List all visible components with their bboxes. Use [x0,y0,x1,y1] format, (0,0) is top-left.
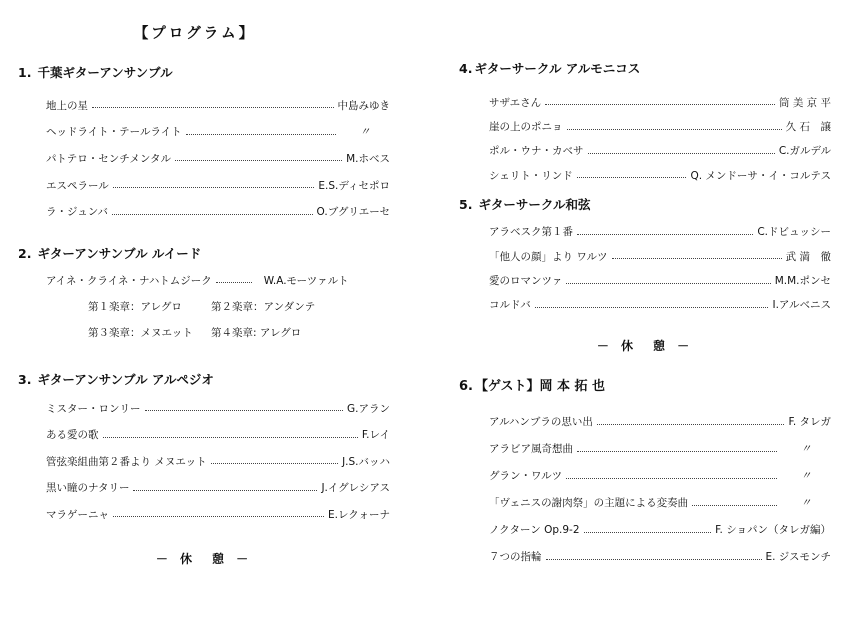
composer: F.レイ [362,427,390,442]
composer: C.ガルデル [779,143,831,158]
section-number: 2. [18,243,31,265]
program-item: エスペラールE.S.ディセポロ [46,172,390,199]
composer: M.M.ポンセ [775,273,831,288]
dot-leader [612,257,782,259]
program-item: マラゲーニャE.レクォーナ [46,501,390,528]
ensemble-name: ギターアンサンブル ルイード [37,246,201,261]
section-number: 5. [459,194,472,216]
piece-title: パトテロ・センチメンタル [46,151,171,166]
program-item: ヘッドライト・テールライト〃 [46,119,390,146]
piece-title: 「ヴェニスの謝肉祭」の主題による変奏曲 [489,495,688,510]
piece-title: アラベスク第１番 [489,224,573,239]
program-item: 地上の星中島みゆき [46,92,390,119]
ensemble-name: ギターサークル和弦 [478,197,590,212]
composer-ditto-mark: 〃 [340,124,390,139]
composer: W.A.モーツァルト [264,273,349,288]
intermission-label: － 休 憩 － [18,550,390,567]
piece-title: シェリト・リンド [489,168,573,183]
dot-leader [113,186,315,188]
dot-leader [566,477,777,479]
piece-title: ミスター・ロンリー [46,401,141,416]
dot-leader [112,213,312,215]
composer: F. ショパン（タレガ編） [715,522,831,537]
program-item: シェリト・リンドQ. メンドーサ・イ・コルテス [489,163,831,187]
composer: I.アルベニス [772,297,831,312]
piece-title: ある愛の歌 [46,427,99,442]
dot-leader [103,436,358,438]
program-section-1: 1.千葉ギターアンサンブル 地上の星中島みゆき ヘッドライト・テールライト〃 パ… [18,62,390,225]
program-item: グラン・ワルツ〃 [489,462,831,489]
program-item: 「ヴェニスの謝肉祭」の主題による変奏曲〃 [489,489,831,516]
dot-leader [566,282,770,284]
piece-title: コルドバ [489,297,531,312]
piece-title: ポル・ウナ・カベサ [489,143,584,158]
program-section-2: 2.ギターアンサンブル ルイード アイネ・クライネ・ナハトムジークW.A.モーツ… [18,243,390,347]
dot-leader [597,423,785,425]
movement: 第２楽章：アンダンテ [211,294,315,321]
ensemble-name: ギターアンサンブル アルペジオ [37,372,213,387]
dot-leader [186,133,336,135]
ensemble-name: 千葉ギターアンサンブル [37,65,172,80]
dot-leader [692,504,777,506]
dot-leader [567,128,782,130]
composer: J.イグレシアス [321,480,390,495]
section-heading: 5.ギターサークル和弦 [459,194,831,216]
section-heading: 3.ギターアンサンブル アルペジオ [18,369,390,391]
section-heading: 6.【ゲスト】岡 本 拓 也 [459,376,831,398]
piece-title: アイネ・クライネ・ナハトムジーク [46,273,212,288]
composer: E. ジスモンチ [766,549,832,564]
piece-title: マラゲーニャ [46,507,109,522]
piece-title: ヘッドライト・テールライト [46,124,182,139]
composer: J.S.バッハ [342,454,390,469]
composer: O.ブグリエーセ [317,204,390,219]
composer: F. タレガ [788,414,831,429]
composer: Q. メンドーサ・イ・コルテス [690,168,831,183]
program-item: ポル・ウナ・カベサC.ガルデル [489,139,831,163]
dot-leader [211,462,338,464]
program-item: アラベスク第１番C.ドビュッシー [489,220,831,244]
program-section-5: 5.ギターサークル和弦 アラベスク第１番C.ドビュッシー 「他人の顔」より ワル… [459,194,831,318]
program-item: アルハンブラの思い出F. タレガ [489,408,831,435]
piece-title: グラン・ワルツ [489,468,562,483]
piece-title: 黒い瞳のナタリー [46,480,129,495]
dot-leader [175,159,342,161]
movement-row: 第１楽章：アレグロ第２楽章：アンダンテ [88,294,390,321]
dot-leader [545,103,775,105]
program-item: 黒い瞳のナタリーJ.イグレシアス [46,475,390,502]
piece-title: 崖の上のポニョ [489,119,563,134]
composer: 久 石 譲 [786,119,831,134]
program-item: アイネ・クライネ・ナハトムジークW.A.モーツァルト [46,267,390,294]
program-section-4: 4.ギターサークル アルモニコス サザエさん筒 美 京 平 崖の上のポニョ久 石… [459,58,831,188]
program-item: パトテロ・センチメンタルM.ホベス [46,145,390,172]
guest-name: 【ゲスト】岡 本 拓 也 [475,379,605,394]
program-item: ノクターン Op.9-2F. ショパン（タレガ編） [489,516,831,543]
dot-leader [145,409,344,411]
composer-ditto-mark: 〃 [781,441,831,456]
section-number: 1. [18,62,31,84]
section-number: 6. [459,376,473,398]
program-item: アラビア風奇想曲〃 [489,435,831,462]
section-number: 3. [18,369,31,391]
program-item: ミスター・ロンリーG.アラン [46,395,390,422]
program-item: 「他人の顔」より ワルツ武 満 徹 [489,244,831,268]
section-heading: 4.ギターサークル アルモニコス [459,58,831,80]
piece-title: アルハンブラの思い出 [489,414,593,429]
dot-leader [133,489,317,491]
composer: M.ホベス [346,151,390,166]
program-item: ある愛の歌F.レイ [46,421,390,448]
movement-row: 第３楽章：メヌエット第４楽章: アレグロ [88,320,390,347]
piece-title: 愛のロマンツァ [489,273,562,288]
section-heading: 2.ギターアンサンブル ルイード [18,243,390,265]
program-item: ラ・ジュンバO.ブグリエーセ [46,198,390,225]
piece-title: ノクターン Op.9-2 [489,522,580,537]
piece-title: ラ・ジュンバ [46,204,108,219]
piece-title: アラビア風奇想曲 [489,441,573,456]
program-column-left: 1.千葉ギターアンサンブル 地上の星中島みゆき ヘッドライト・テールライト〃 パ… [18,62,390,567]
dot-leader [535,306,769,308]
piece-title: ７つの指輪 [489,549,542,564]
program-item: ７つの指輪E. ジスモンチ [489,543,831,570]
program-section-6-guest: 6.【ゲスト】岡 本 拓 也 アルハンブラの思い出F. タレガ アラビア風奇想曲… [459,376,831,570]
dot-leader [588,152,775,154]
program-item: サザエさん筒 美 京 平 [489,90,831,114]
section-number: 4. [459,58,472,80]
program-column-right: 4.ギターサークル アルモニコス サザエさん筒 美 京 平 崖の上のポニョ久 石… [459,58,831,570]
composer: 武 満 徹 [786,249,831,264]
section-heading: 1.千葉ギターアンサンブル [18,62,390,84]
movement: 第１楽章：アレグロ [88,294,211,321]
composer-ditto-mark: 〃 [781,468,831,483]
ensemble-name: ギターサークル アルモニコス [474,61,640,76]
dot-leader [577,176,687,178]
composer: 筒 美 京 平 [779,95,831,110]
movement: 第４楽章: アレグロ [211,320,301,347]
composer: 中島みゆき [338,98,391,113]
piece-title: 管弦楽組曲第２番より メヌエット [46,454,207,469]
program-item: コルドバI.アルベニス [489,293,831,317]
composer: C.ドビュッシー [757,224,831,239]
movement: 第３楽章：メヌエット [88,320,211,347]
dot-leader [546,558,762,560]
program-section-3: 3.ギターアンサンブル アルペジオ ミスター・ロンリーG.アラン ある愛の歌F.… [18,369,390,528]
dot-leader [113,515,324,517]
page-title: 【プログラム】 [0,22,390,43]
piece-title: 「他人の顔」より ワルツ [489,249,608,264]
intermission-label: － 休 憩 － [459,337,831,354]
program-item: 管弦楽組曲第２番より メヌエットJ.S.バッハ [46,448,390,475]
piece-title: 地上の星 [46,98,88,113]
composer: E.S.ディセポロ [318,178,390,193]
program-item: 愛のロマンツァM.M.ポンセ [489,268,831,292]
dot-leader [584,531,712,533]
composer: E.レクォーナ [328,507,390,522]
dot-leader [216,281,252,283]
composer-ditto-mark: 〃 [781,495,831,510]
dot-leader [577,233,753,235]
composer: G.アラン [347,401,390,416]
dot-leader [92,106,334,108]
piece-title: サザエさん [489,95,541,110]
program-item: 崖の上のポニョ久 石 譲 [489,114,831,138]
dot-leader [577,450,777,452]
piece-title: エスペラール [46,178,109,193]
